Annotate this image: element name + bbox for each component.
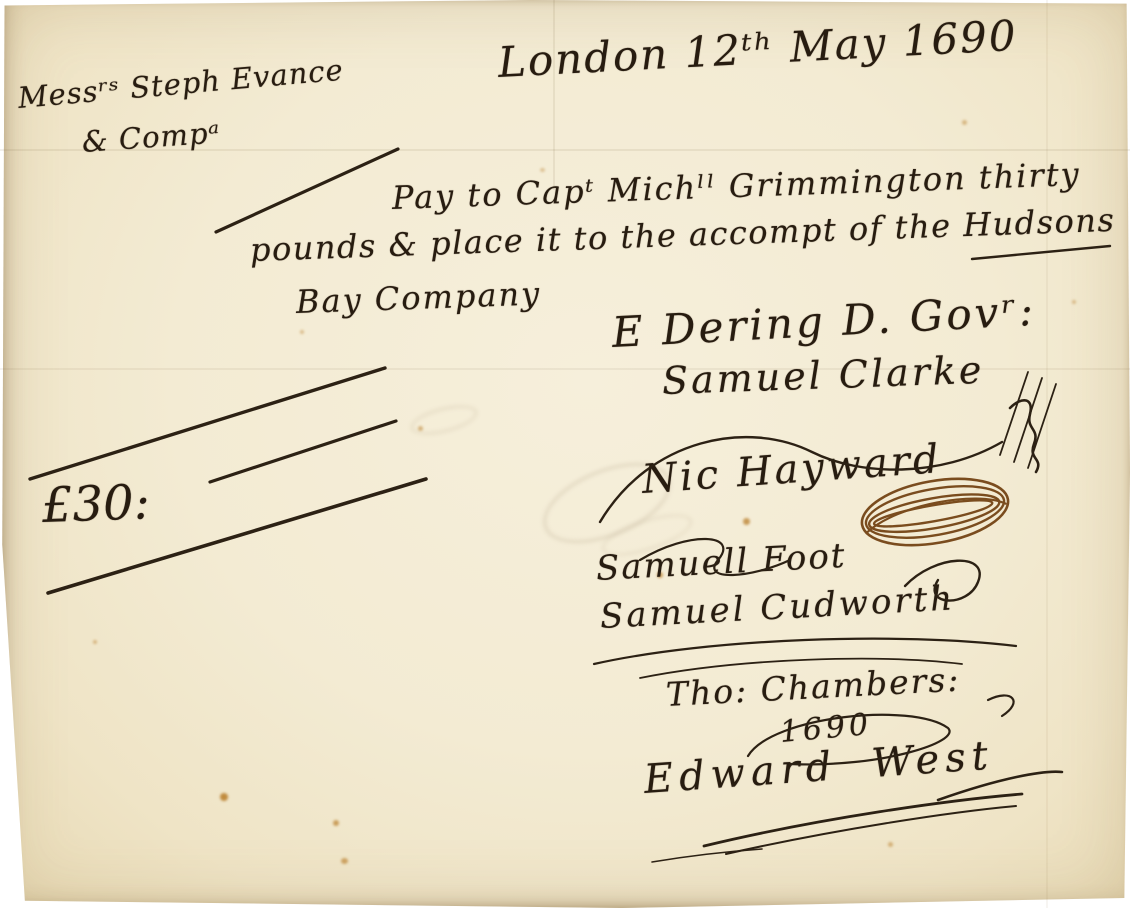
foxing-spot bbox=[540, 168, 545, 172]
foxing-spot bbox=[341, 858, 348, 864]
foxing-spot bbox=[743, 518, 750, 525]
foxing-spot bbox=[333, 820, 339, 826]
foxing-spot bbox=[962, 120, 967, 125]
foxing-spot bbox=[300, 330, 304, 334]
document-scan: London 12ᵗʰ May 1690 Messʳˢ Steph Evance… bbox=[0, 0, 1130, 908]
fold-crease-vertical-right bbox=[1046, 0, 1048, 908]
foxing-spot bbox=[220, 793, 228, 801]
foxing-spot bbox=[93, 640, 97, 644]
foxing-spot bbox=[1072, 300, 1076, 304]
amount: £30: bbox=[41, 478, 150, 530]
body-line3: Bay Company bbox=[295, 277, 541, 318]
signature-clarke: Samuel Clarke bbox=[661, 351, 985, 400]
foxing-spot bbox=[418, 426, 423, 431]
fold-crease-vertical-center bbox=[553, 0, 555, 190]
foxing-spot bbox=[888, 842, 893, 847]
